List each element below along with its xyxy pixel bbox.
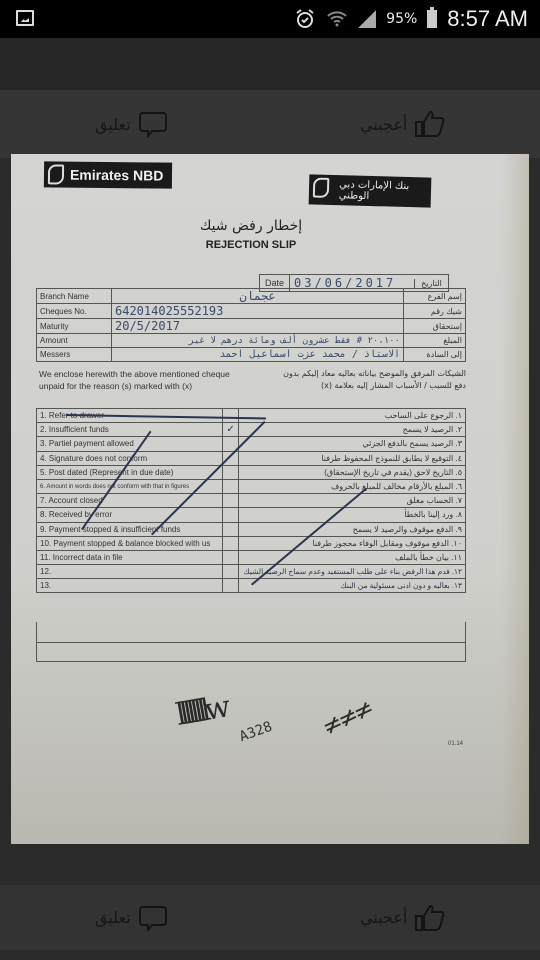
table-row: Branch Nameعجمانإسم الفرع [37,289,466,304]
document-title-ar: إخطار رفض شيك [11,218,491,234]
form-code: 01.14 [448,741,463,747]
thumbs-up-icon [415,904,445,932]
battery-icon [427,10,437,28]
blank-rows [36,622,466,662]
top-bar [0,38,540,90]
reason-row: 6. Amount in words does not conform with… [37,479,466,493]
bottom-spacer [0,950,540,960]
reason-row: 11. Incorrect data in file١١. بيان خطأ ب… [37,550,466,564]
reason-row: 9. Payment stopped & insufficient funds٩… [37,522,466,536]
table-row: Messersالاستاذ / محمد عزت اسماعيل احمدإل… [37,348,466,362]
like-button[interactable]: أعجبني [360,904,445,932]
speech-bubble-icon [139,110,167,138]
signature-2: ≠≠≠ [317,694,375,741]
document-title-en: REJECTION SLIP [11,239,491,251]
signature-1: llllllllw [173,690,227,733]
speech-bubble-icon [139,904,167,932]
reason-row: 8. Received by error٨. ورد إلينا بالخطأ [37,508,466,522]
like-label: أعجبني [360,908,407,927]
battery-percent: 95% [386,11,417,27]
photo-viewer-image[interactable]: Emirates NBD بنك الإمارات دبي الوطني إخط… [11,154,529,844]
reason-row: 12.١٢. قدم هذا الرفض بناء على طلب المستف… [37,565,466,579]
cheque-details-table: Branch Nameعجمانإسم الفرع Cheques No.642… [36,288,466,362]
reason-checkmark: ✓ [223,423,239,437]
reason-row: 10. Payment stopped & balance blocked wi… [37,536,466,550]
comment-label: تعليق [95,115,131,134]
top-action-bar: أعجبني تعليق [0,90,540,158]
wifi-icon [326,9,348,29]
enclose-statement-en: We enclose herewith the above mentioned … [39,368,239,392]
comment-button[interactable]: تعليق [95,904,167,932]
gallery-icon [16,10,34,26]
like-label: أعجبني [360,115,407,134]
bottom-action-bar: أعجبني تعليق [0,885,540,950]
alarm-icon [294,8,316,30]
emirates-nbd-logo-en: Emirates NBD [44,161,172,188]
table-row: Amount٢٠،١٠٠ # فقط عشرون ألف ومائة درهم … [37,334,466,348]
status-bar: 95% 8:57 AM [0,0,540,38]
signal-icon [358,10,376,28]
table-row: Maturity20/5/2017إستحقاق [37,319,466,334]
clock: 8:57 AM [447,6,528,32]
comment-button[interactable]: تعليق [95,110,167,138]
comment-label: تعليق [95,908,131,927]
reason-row: 5. Post dated (Represent in due date)٥. … [37,465,466,479]
photo-caption-area [0,844,540,885]
enclose-statement-ar: الشيكات المرفق والموضح بياناته بعاليه مع… [276,368,466,392]
reason-row: 4. Signature does not conform٤. التوقيع … [37,451,466,465]
rejection-slip-document: Emirates NBD بنك الإمارات دبي الوطني إخط… [11,154,529,844]
like-button[interactable]: أعجبني [360,110,445,138]
thumbs-up-icon [415,110,445,138]
bank-logo-icon [313,178,330,198]
emirates-nbd-logo-ar: بنك الإمارات دبي الوطني [309,174,432,207]
reason-row: 13.١٣. بعاليه و دون ادنى مسئولية من البن… [37,579,466,593]
bank-logo-icon [48,164,64,184]
signature-code: A328 [237,719,274,746]
reason-row: 3. Partiel payment allowed٣. الرصيد يسمح… [37,437,466,451]
table-row: Cheques No.642014025552193شيك رقم [37,304,466,319]
